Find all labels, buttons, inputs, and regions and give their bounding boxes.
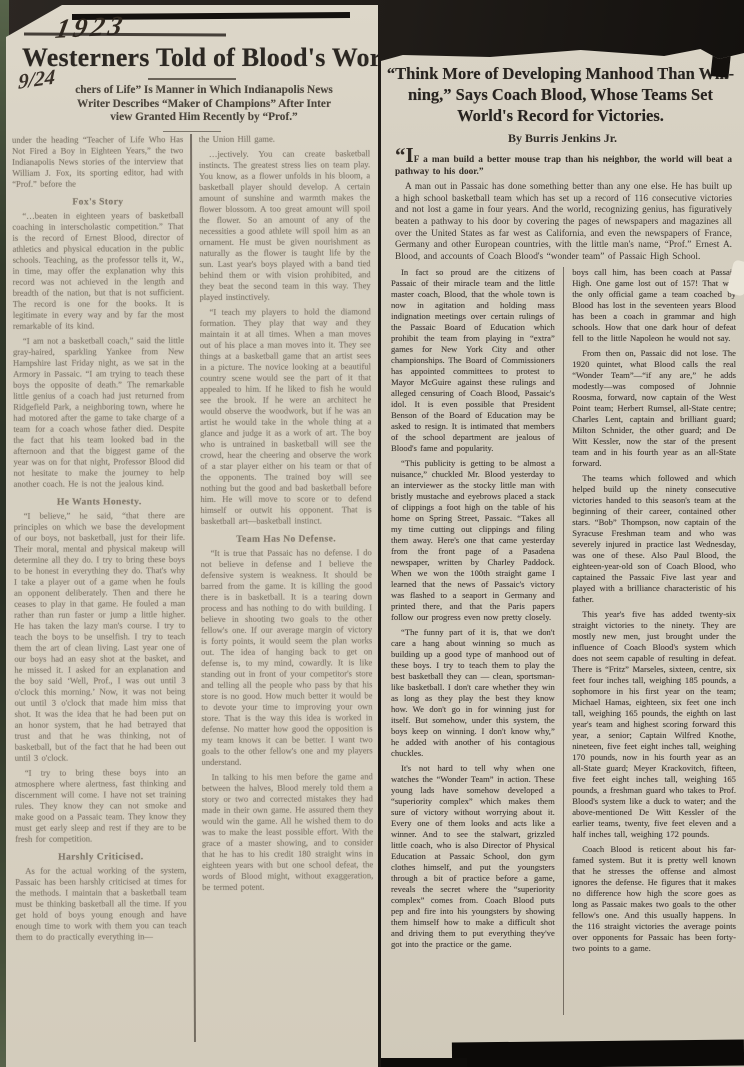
- article-paragraph: the Union Hill game.: [199, 133, 370, 145]
- right-article-column-2: boys call him, has been coach at Passaic…: [572, 267, 736, 1015]
- subtitle-line: view Granted Him Recently by “Prof.”: [34, 111, 374, 125]
- column-subhead: Fox's Story: [12, 196, 183, 208]
- article-paragraph: The teams which followed and which helpe…: [572, 473, 736, 605]
- article-paragraph: “It is true that Passaic has no defense.…: [201, 547, 373, 768]
- article-paragraph: “I try to bring these boys into an atmos…: [15, 767, 187, 845]
- right-article-column-1: In fact so proud are the citizens of Pas…: [391, 267, 555, 1015]
- column-subhead: Harshly Criticised.: [15, 851, 186, 863]
- left-article-columns: under the heading “Teacher of Life Who H…: [12, 133, 374, 1043]
- scrapbook-photo: 1923 Westerners Told of Blood's Work 9/2…: [0, 0, 744, 1067]
- article-paragraph: A man out in Passaic has done something …: [395, 182, 732, 263]
- article-paragraph: under the heading “Teacher of Life Who H…: [12, 134, 183, 190]
- headline-rule: [148, 78, 236, 80]
- subtitle-rule: [163, 131, 221, 133]
- handwritten-date: 9/24: [18, 64, 56, 95]
- handwritten-year: 1923: [53, 10, 129, 45]
- headline-line: “Think More of Developing Manhood Than W…: [383, 63, 738, 84]
- article-paragraph: “…beaten in eighteen years of basketball…: [12, 210, 184, 332]
- column-divider: [563, 267, 564, 1015]
- article-paragraph: “IF a man build a better mouse trap than…: [395, 150, 732, 178]
- right-article-headline: “Think More of Developing Manhood Than W…: [383, 63, 738, 126]
- article-paragraph: In fact so proud are the citizens of Pas…: [391, 267, 555, 454]
- column-subhead: Team Has No Defense.: [201, 533, 372, 545]
- column-subhead: He Wants Honesty.: [14, 496, 185, 508]
- article-paragraph: …jectively. You can create basketball in…: [199, 148, 371, 303]
- newspaper-clipping-right: “Think More of Developing Manhood Than W…: [381, 47, 744, 1067]
- headline-line: ning,” Says Coach Blood, Whose Teams Set: [383, 84, 738, 105]
- article-paragraph: In talking to his men before the game an…: [202, 771, 374, 893]
- newspaper-clipping-left: 1923 Westerners Told of Blood's Work 9/2…: [6, 5, 378, 1067]
- left-article-headline: Westerners Told of Blood's Work: [22, 43, 368, 73]
- column-divider: [190, 134, 195, 1042]
- article-paragraph: Coach Blood is reticent about his far-fa…: [572, 844, 736, 954]
- left-article-column-2: the Union Hill game.…jectively. You can …: [199, 133, 374, 1042]
- torn-notch: [710, 46, 731, 78]
- article-paragraph: As for the actual working of the system,…: [15, 865, 187, 943]
- left-article-subtitle: chers of Life” Is Manner in Which Indian…: [34, 84, 374, 125]
- article-paragraph: “The funny part of it is, that we don't …: [391, 627, 555, 759]
- torn-paper-fragment: [726, 259, 744, 296]
- black-bar-bottom: [452, 1039, 744, 1067]
- left-article-column-1: under the heading “Teacher of Life Who H…: [12, 134, 187, 1043]
- subtitle-line: chers of Life” Is Manner in Which Indian…: [34, 84, 374, 98]
- article-paragraph: “I am not a basketball coach,” said the …: [13, 335, 185, 490]
- article-paragraph: boys call him, has been coach at Passaic…: [572, 267, 736, 344]
- article-paragraph: “I teach my players to hold the diamond …: [200, 306, 372, 527]
- right-article-lead: “IF a man build a better mouse trap than…: [395, 150, 732, 263]
- article-paragraph: “I believe,” he said, “that there are pr…: [14, 510, 186, 764]
- right-article-columns: In fact so proud are the citizens of Pas…: [391, 267, 736, 1015]
- article-paragraph: “This publicity is getting to be almost …: [391, 458, 555, 623]
- headline-line: World's Record for Victories.: [383, 105, 738, 126]
- article-paragraph: It's not hard to tell why when one watch…: [391, 763, 555, 950]
- byline: By Burris Jenkins Jr.: [381, 131, 744, 146]
- black-bar-bottom-left: [375, 1058, 467, 1067]
- article-paragraph: From then on, Passaic did not lose. The …: [572, 348, 736, 469]
- article-paragraph: This year's five has added twenty-six st…: [572, 609, 736, 840]
- subtitle-line: Writer Describes “Maker of Champions” Af…: [34, 98, 374, 112]
